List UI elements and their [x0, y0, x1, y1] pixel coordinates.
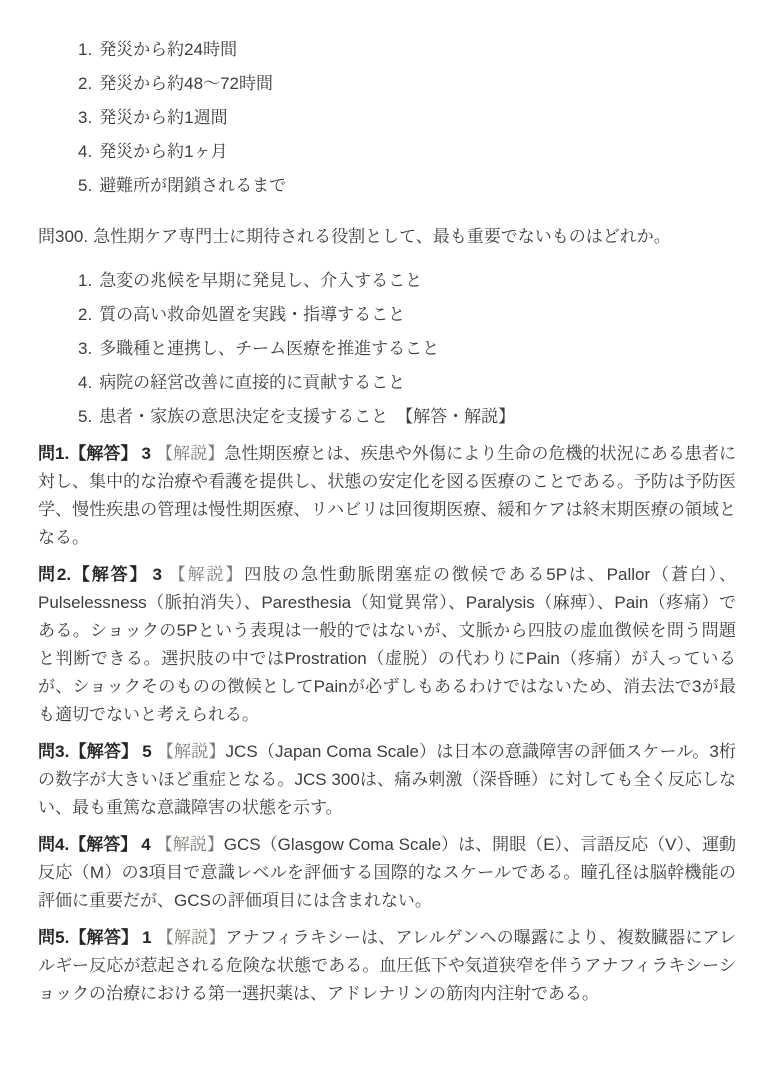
explanation-label: 【解説】 [157, 742, 226, 761]
option-item: 3.多職種と連携し、チーム医療を推進すること [78, 335, 736, 363]
option-item: 4.発災から約1ヶ月 [78, 138, 736, 166]
answer-question-number: 問1. [38, 444, 69, 463]
answer-item-3: 問3.【解答】5【解説】JCS（Japan Coma Scale）は日本の意識障… [38, 738, 736, 822]
option-text: 発災から約1週間 [99, 108, 227, 127]
answer-head: 問2.【解答】3 [38, 565, 162, 584]
option-text: 患者・家族の意思決定を支援すること [99, 407, 388, 426]
answer-value: 1 [142, 928, 151, 947]
answers-section: 問1.【解答】3【解説】急性期医療とは、疾患や外傷により生命の危機的状況にある患… [38, 440, 736, 1008]
options-list-1: 1.発災から約24時間 2.発災から約48〜72時間 3.発災から約1週間 4.… [38, 36, 736, 200]
answer-head: 問1.【解答】3 [38, 444, 151, 463]
answer-value: 4 [141, 835, 150, 854]
answer-head: 問3.【解答】5 [38, 742, 152, 761]
options-list-2: 1.急変の兆候を早期に発見し、介入すること 2.質の高い救命処置を実践・指導する… [38, 267, 736, 431]
option-item: 5.患者・家族の意思決定を支援すること【解答・解説】 [78, 403, 736, 431]
question-number: 問300. [38, 227, 88, 246]
answer-item-4: 問4.【解答】4【解説】GCS（Glasgow Coma Scale）は、開眼（… [38, 831, 736, 915]
answer-label: 【解答】 [69, 928, 138, 947]
answer-head: 問5.【解答】1 [38, 928, 152, 947]
option-item: 4.病院の経営改善に直接的に貢献すること [78, 369, 736, 397]
answers-section-marker: 【解答・解説】 [396, 407, 515, 426]
option-text: 病院の経営改善に直接的に貢献すること [99, 373, 405, 392]
option-item: 2.発災から約48〜72時間 [78, 70, 736, 98]
option-item: 1.発災から約24時間 [78, 36, 736, 64]
answer-item-1: 問1.【解答】3【解説】急性期医療とは、疾患や外傷により生命の危機的状況にある患… [38, 440, 736, 552]
answer-item-5: 問5.【解答】1【解説】アナフィラキシーは、アレルゲンへの曝露により、複数臓器に… [38, 924, 736, 1008]
answer-question-number: 問4. [38, 835, 69, 854]
option-number: 4. [78, 373, 92, 392]
option-item: 1.急変の兆候を早期に発見し、介入すること [78, 267, 736, 295]
option-item: 3.発災から約1週間 [78, 104, 736, 132]
answer-label: 【解答】 [69, 444, 137, 463]
explanation-label: 【解説】 [157, 928, 226, 947]
answer-label: 【解答】 [69, 742, 138, 761]
option-number: 1. [78, 40, 92, 59]
explanation-label: 【解説】 [156, 444, 224, 463]
option-number: 1. [78, 271, 92, 290]
option-number: 2. [78, 74, 92, 93]
option-number: 3. [78, 108, 92, 127]
answer-value: 3 [152, 565, 161, 584]
option-text: 発災から約48〜72時間 [99, 74, 273, 93]
option-number: 5. [78, 176, 92, 195]
option-text: 発災から約24時間 [99, 40, 237, 59]
answer-value: 3 [142, 444, 151, 463]
explanation-label: 【解説】 [167, 565, 244, 584]
answer-question-number: 問2. [38, 565, 71, 584]
answer-question-number: 問5. [38, 928, 69, 947]
option-number: 5. [78, 407, 92, 426]
option-text: 多職種と連携し、チーム医療を推進すること [99, 339, 439, 358]
option-text: 質の高い救命処置を実践・指導すること [99, 305, 405, 324]
question-300: 問300.急性期ケア専門士に期待される役割として、最も重要でないものはどれか。 [38, 223, 736, 251]
answer-head: 問4.【解答】4 [38, 835, 151, 854]
option-text: 避難所が閉鎖されるまで [99, 176, 286, 195]
option-text: 発災から約1ヶ月 [99, 142, 227, 161]
answer-label: 【解答】 [69, 835, 137, 854]
answer-item-2: 問2.【解答】3【解説】四肢の急性動脈閉塞症の徴候である5Pは、Pallor（蒼… [38, 561, 736, 729]
answer-value: 5 [142, 742, 151, 761]
answer-question-number: 問3. [38, 742, 69, 761]
option-number: 2. [78, 305, 92, 324]
option-number: 3. [78, 339, 92, 358]
option-text: 急変の兆候を早期に発見し、介入すること [99, 271, 422, 290]
explanation-text: 四肢の急性動脈閉塞症の徴候である5Pは、Pallor（蒼白）、Pulseless… [38, 565, 736, 724]
option-item: 2.質の高い救命処置を実践・指導すること [78, 301, 736, 329]
option-item: 5.避難所が閉鎖されるまで [78, 172, 736, 200]
option-number: 4. [78, 142, 92, 161]
document-page: 1.発災から約24時間 2.発災から約48〜72時間 3.発災から約1週間 4.… [0, 0, 774, 1008]
question-text: 急性期ケア専門士に期待される役割として、最も重要でないものはどれか。 [93, 227, 671, 246]
explanation-label: 【解説】 [156, 835, 224, 854]
answer-label: 【解答】 [71, 565, 148, 584]
